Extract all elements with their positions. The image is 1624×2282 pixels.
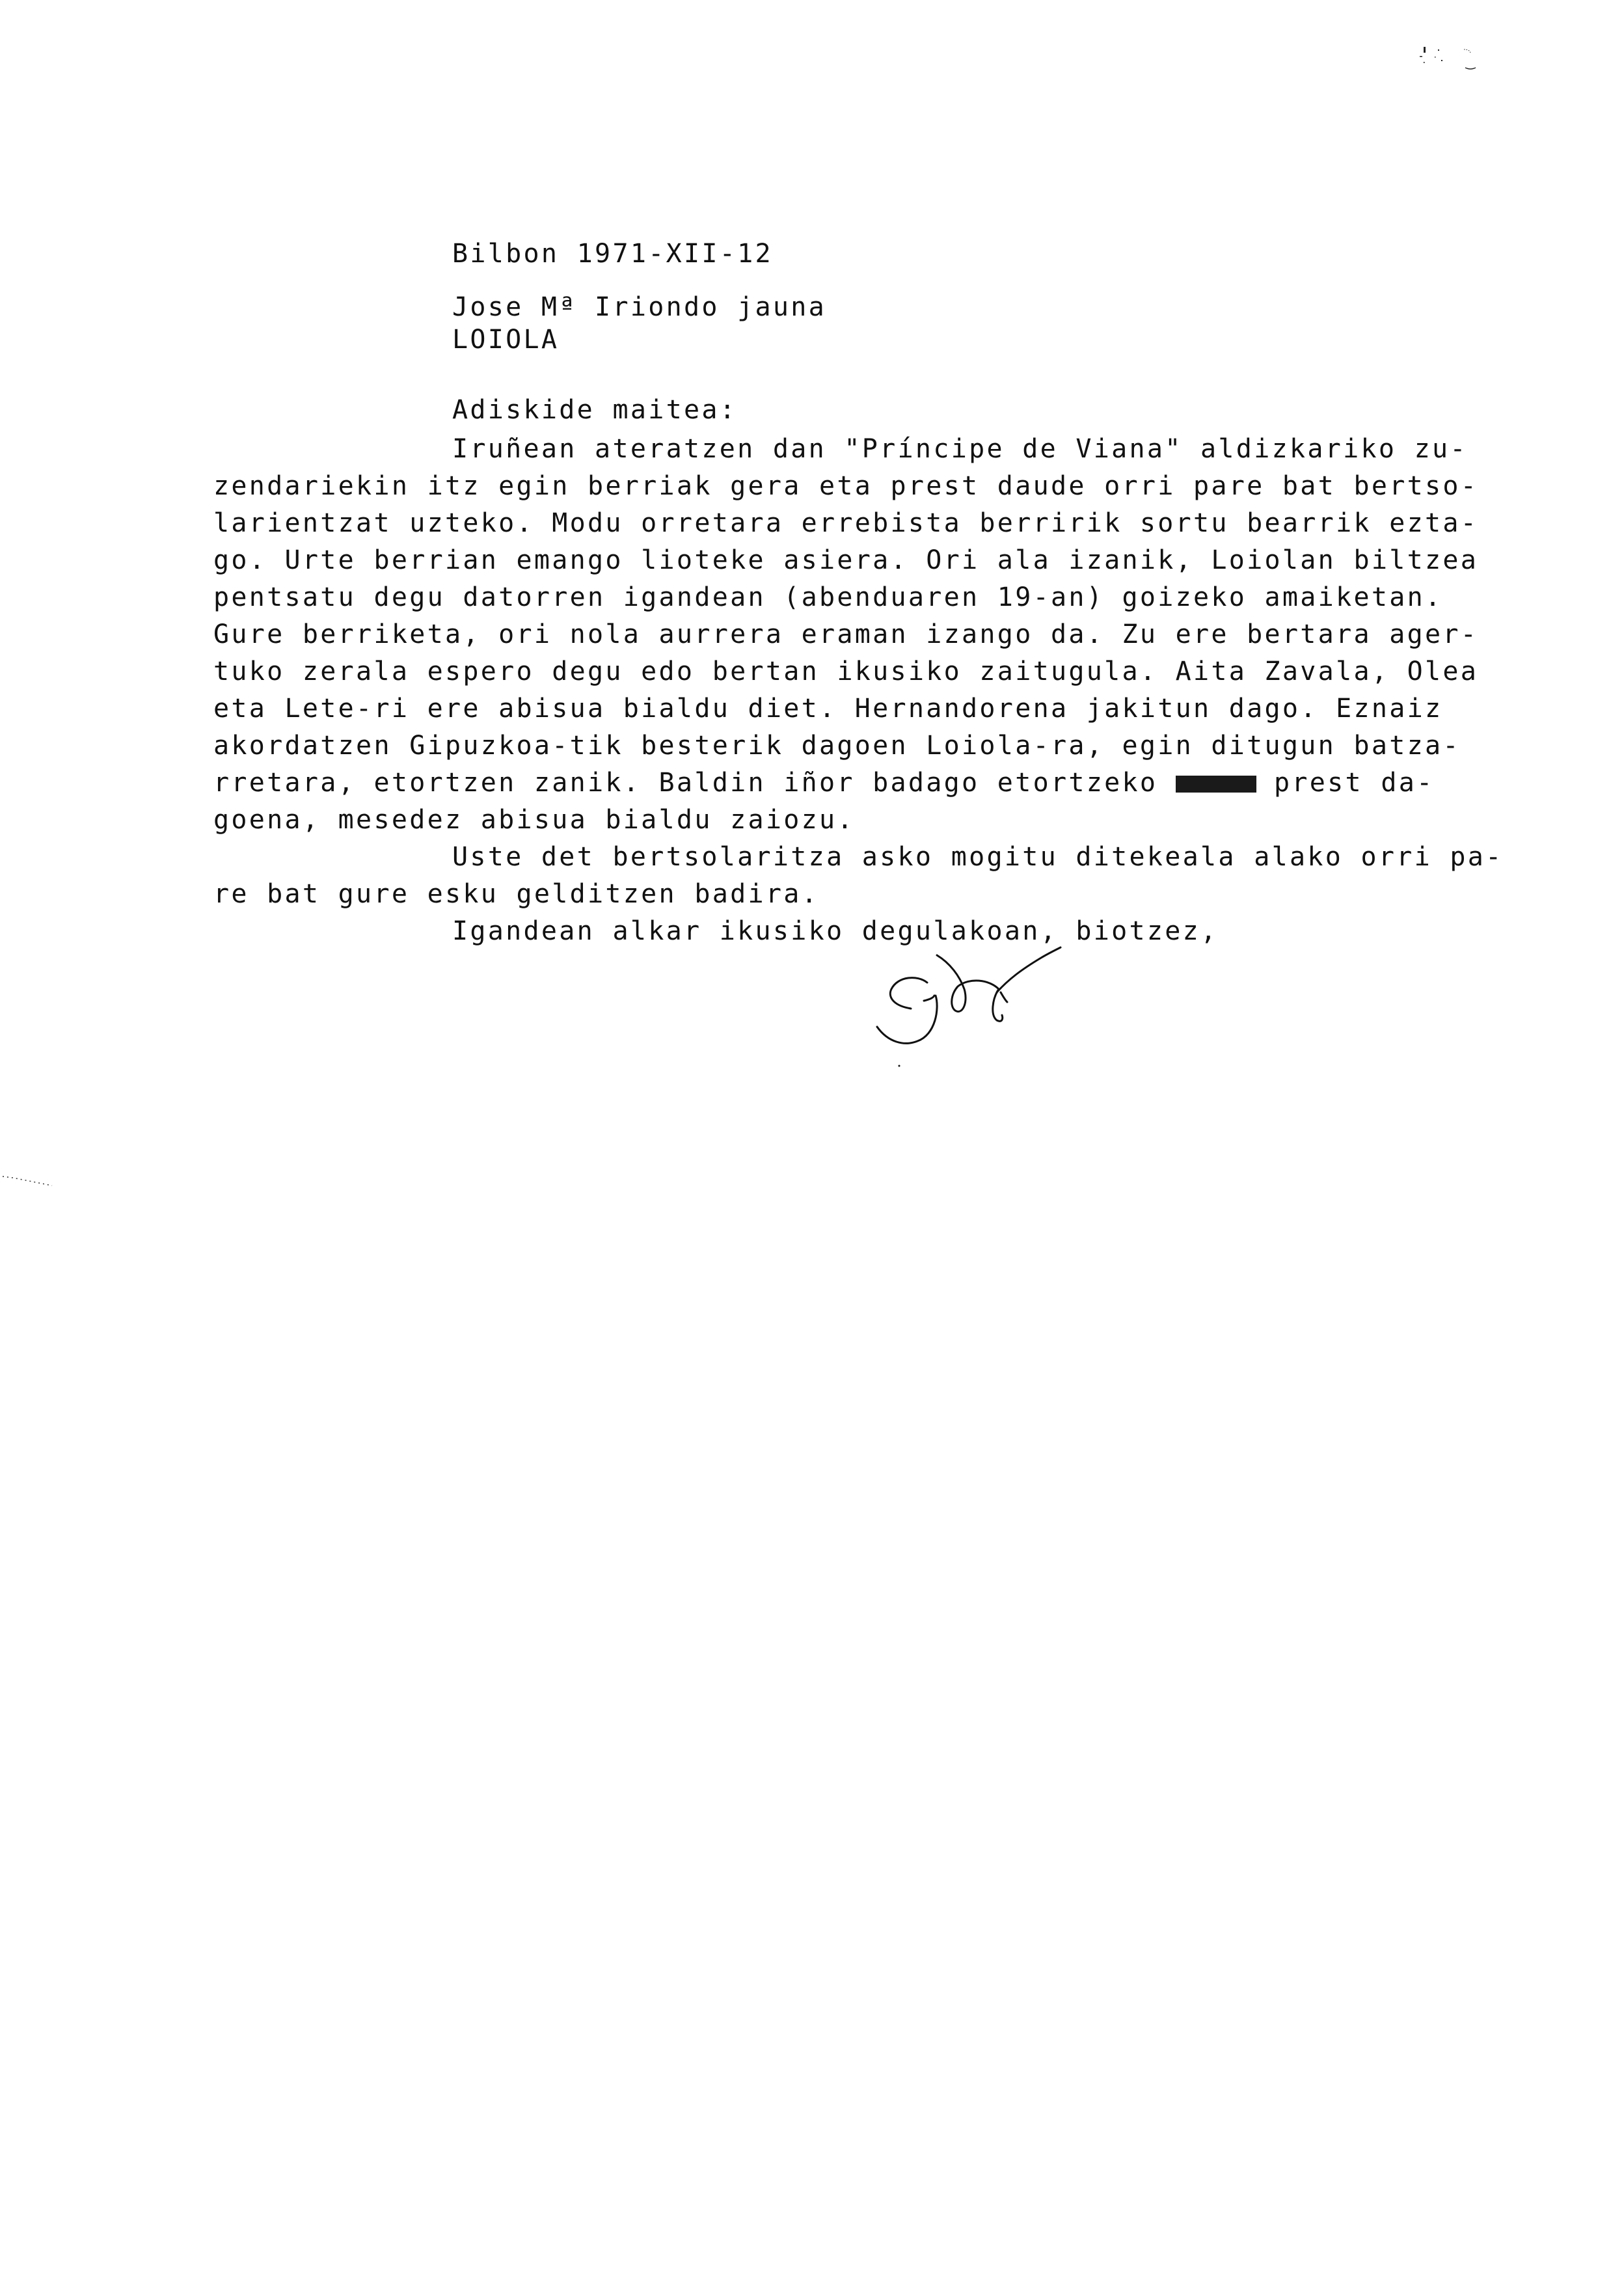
paragraph-line: zendariekin itz egin berriak gera eta pr… — [213, 473, 1478, 499]
paragraph-line: akordatzen Gipuzkoa-tik besterik dagoen … — [213, 733, 1461, 759]
paragraph-line: goena, mesedez abisua bialdu zaiozu. — [213, 807, 855, 833]
signature-icon — [852, 944, 1087, 1087]
letter-page: Bilbon 1971-XII-12 Jose Mª Iriondo jauna… — [0, 0, 1624, 2282]
paragraph-line: tuko zerala espero degu edo bertan ikusi… — [213, 659, 1478, 685]
salutation: Adiskide maitea: — [452, 397, 737, 423]
recipient-place: LOIOLA — [452, 327, 559, 353]
paragraph-line: re bat gure esku gelditzen badira. — [213, 881, 819, 907]
recipient-name: Jose Mª Iriondo jauna — [452, 294, 826, 320]
closing: Igandean alkar ikusiko degulakoan, biotz… — [452, 918, 1218, 944]
paragraph-line: Gure berriketa, ori nola aurrera eraman … — [213, 621, 1478, 647]
paragraph-line: rretara, etortzen zanik. Baldin iñor bad… — [213, 770, 1434, 796]
paragraph-line: pentsatu degu datorren igandean (abendua… — [213, 584, 1442, 610]
redacted-word — [1176, 776, 1256, 793]
paragraph-line: Iruñean ateratzen dan "Príncipe de Viana… — [452, 436, 1468, 462]
scan-artifact-icon — [1405, 39, 1536, 78]
place-date: Bilbon 1971-XII-12 — [452, 241, 773, 267]
paragraph-line-part: rretara, etortzen zanik. Baldin iñor bad… — [213, 768, 1176, 798]
paragraph-line: larientzat uzteko. Modu orretara errebis… — [213, 510, 1478, 536]
paragraph-line: go. Urte berrian emango lioteke asiera. … — [213, 547, 1478, 573]
paragraph-line-part: prest da- — [1256, 768, 1435, 798]
scan-artifact-icon — [0, 1171, 59, 1191]
paragraph-line: eta Lete-ri ere abisua bialdu diet. Hern… — [213, 696, 1442, 722]
paragraph-line: Uste det bertsolaritza asko mogitu ditek… — [452, 844, 1504, 870]
